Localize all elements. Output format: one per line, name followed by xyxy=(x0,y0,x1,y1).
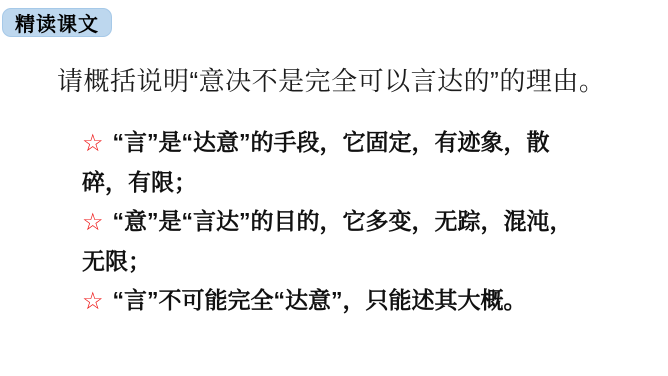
bullet-item: ☆“言”是“达意”的手段，它固定，有迹象，散 xyxy=(82,123,654,163)
section-badge-label: 精读课文 xyxy=(15,8,99,37)
bullet-text: “言”不可能完全“达意”，只能述其大概。 xyxy=(113,287,527,313)
bullet-text: 碎，有限； xyxy=(82,169,197,195)
bullet-list: ☆“言”是“达意”的手段，它固定，有迹象，散 碎，有限； ☆“意”是“言达”的目… xyxy=(82,123,654,321)
bullet-text: “言”是“达意”的手段，它固定，有迹象，散 xyxy=(113,129,550,155)
star-icon: ☆ xyxy=(82,288,104,315)
bullet-item: ☆“言”不可能完全“达意”，只能述其大概。 xyxy=(82,281,654,321)
bullet-item: ☆“意”是“言达”的目的，它多变，无踪，混沌， xyxy=(82,202,654,242)
page-title: 请概括说明“意决不是完全可以言达的”的理由。 xyxy=(57,61,605,98)
star-icon: ☆ xyxy=(82,130,104,157)
section-badge: 精读课文 xyxy=(2,8,112,37)
bullet-text: 无限； xyxy=(82,248,151,274)
star-icon: ☆ xyxy=(82,209,104,236)
bullet-text: “意”是“言达”的目的，它多变，无踪，混沌， xyxy=(113,208,573,234)
bullet-item-continuation: 无限； xyxy=(82,242,654,281)
slide-canvas: 精读课文 请概括说明“意决不是完全可以言达的”的理由。 ☆“言”是“达意”的手段… xyxy=(0,0,668,376)
bullet-item-continuation: 碎，有限； xyxy=(82,163,654,202)
